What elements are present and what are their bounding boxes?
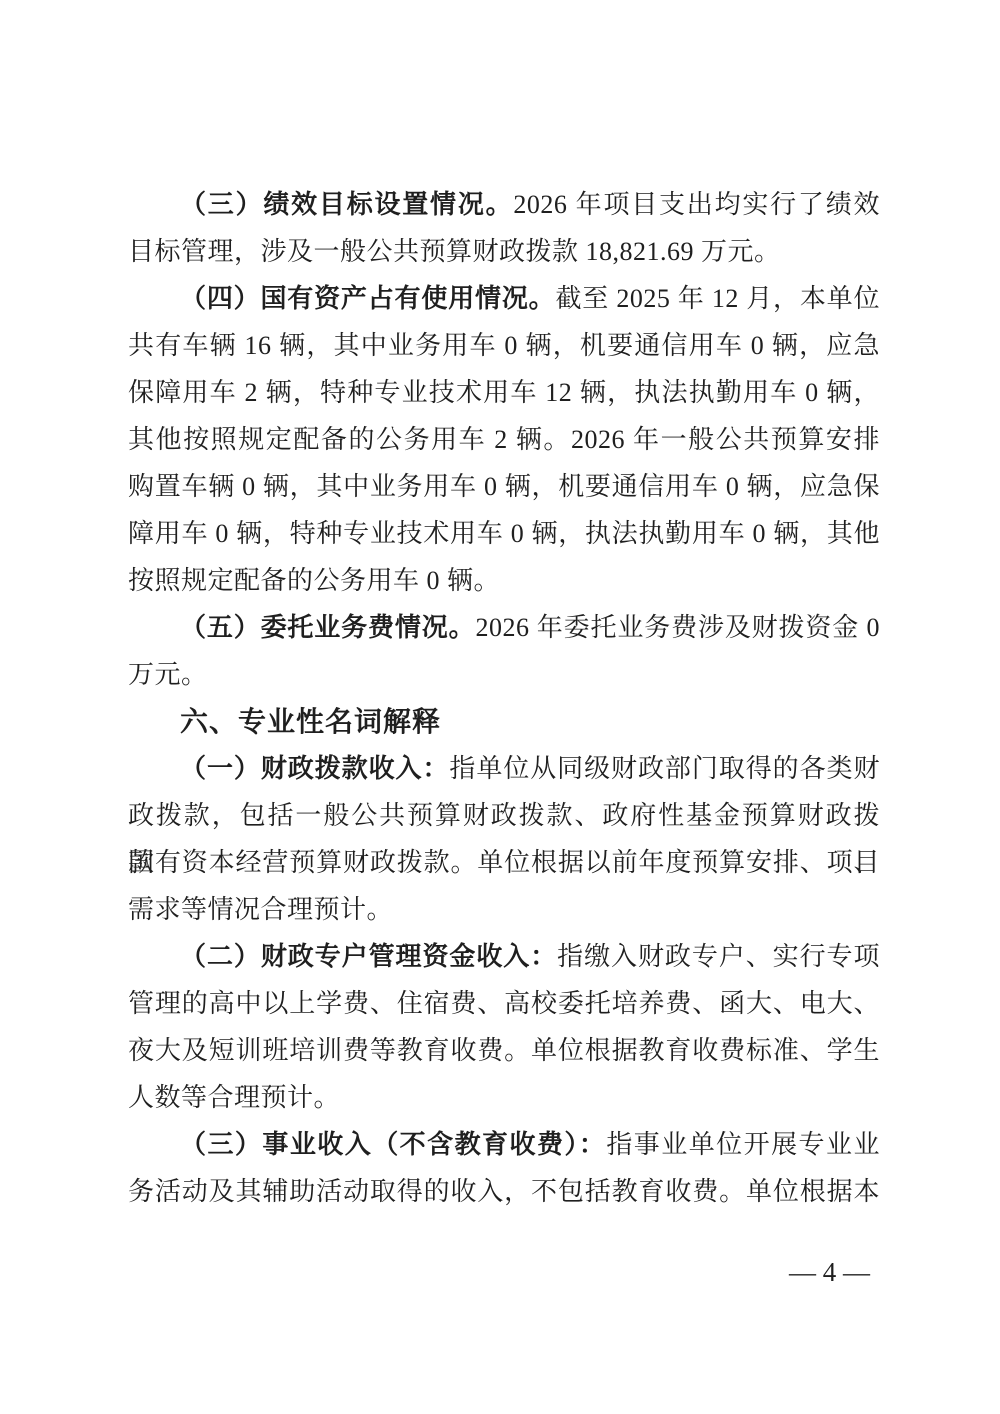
paragraph-lead: （三）事业收入（不含教育收费）： xyxy=(180,1130,606,1159)
line-text: 目标管理，涉及一般公共预算财政拨款 18,821.69 万元。 xyxy=(128,237,781,266)
line-text: 共有车辆 16 辆，其中业务用车 0 辆，机要通信用车 0 辆，应急 xyxy=(128,331,880,360)
text-line: 政拨款，包括一般公共预算财政拨款、政府性基金预算财政拨款、 xyxy=(128,792,880,839)
text-line: （三）绩效目标设置情况。2026 年项目支出均实行了绩效 xyxy=(128,181,880,228)
line-text: 指事业单位开展专业业 xyxy=(606,1130,880,1159)
text-line: 万元。 xyxy=(128,651,880,698)
paragraph-lead: （四）国有资产占有使用情况。 xyxy=(180,284,555,313)
line-text: 其他按照规定配备的公务用车 2 辆。2026 年一般公共预算安排 xyxy=(128,425,880,454)
paragraph-lead: （三）绩效目标设置情况。 xyxy=(180,190,513,219)
text-line: （三）事业收入（不含教育收费）：指事业单位开展专业业 xyxy=(128,1121,880,1168)
line-text: 管理的高中以上学费、住宿费、高校委托培养费、函大、电大、 xyxy=(128,989,880,1018)
text-line: 购置车辆 0 辆，其中业务用车 0 辆，机要通信用车 0 辆，应急保 xyxy=(128,463,880,510)
text-line: 夜大及短训班培训费等教育收费。单位根据教育收费标准、学生 xyxy=(128,1027,880,1074)
line-text: 2026 年项目支出均实行了绩效 xyxy=(513,190,880,219)
page-number: — 4 — xyxy=(789,1252,870,1292)
line-text: 指单位从同级财政部门取得的各类财 xyxy=(449,754,880,783)
text-line: （四）国有资产占有使用情况。截至 2025 年 12 月，本单位 xyxy=(128,275,880,322)
line-text: 国有资本经营预算财政拨款。单位根据以前年度预算安排、项目 xyxy=(128,848,880,877)
text-line: 需求等情况合理预计。 xyxy=(128,886,880,933)
line-text: 务活动及其辅助活动取得的收入，不包括教育收费。单位根据本 xyxy=(128,1177,880,1206)
text-line: 保障用车 2 辆，特种专业技术用车 12 辆，执法执勤用车 0 辆， xyxy=(128,369,880,416)
paragraph-lead: （五）委托业务费情况。 xyxy=(180,613,475,642)
line-text: 万元。 xyxy=(128,660,208,689)
text-line: 国有资本经营预算财政拨款。单位根据以前年度预算安排、项目 xyxy=(128,839,880,886)
line-text: 购置车辆 0 辆，其中业务用车 0 辆，机要通信用车 0 辆，应急保 xyxy=(128,472,880,501)
text-line: 管理的高中以上学费、住宿费、高校委托培养费、函大、电大、 xyxy=(128,980,880,1027)
line-text: 按照规定配备的公务用车 0 辆。 xyxy=(128,566,500,595)
line-text: 2026 年委托业务费涉及财拨资金 0 xyxy=(475,613,880,642)
text-line: 障用车 0 辆，特种专业技术用车 0 辆，执法执勤用车 0 辆，其他 xyxy=(128,510,880,557)
line-text: 需求等情况合理预计。 xyxy=(128,895,393,924)
document-body: （三）绩效目标设置情况。2026 年项目支出均实行了绩效 目标管理，涉及一般公共… xyxy=(128,181,880,1215)
line-text: 障用车 0 辆，特种专业技术用车 0 辆，执法执勤用车 0 辆，其他 xyxy=(128,519,880,548)
line-text: 人数等合理预计。 xyxy=(128,1083,340,1112)
line-text: 截至 2025 年 12 月，本单位 xyxy=(555,284,880,313)
document-page: （三）绩效目标设置情况。2026 年项目支出均实行了绩效 目标管理，涉及一般公共… xyxy=(0,0,1000,1414)
paragraph-lead: （二）财政专户管理资金收入： xyxy=(180,942,557,971)
text-line: 其他按照规定配备的公务用车 2 辆。2026 年一般公共预算安排 xyxy=(128,416,880,463)
line-text: 夜大及短训班培训费等教育收费。单位根据教育收费标准、学生 xyxy=(128,1036,880,1065)
text-line: 务活动及其辅助活动取得的收入，不包括教育收费。单位根据本 xyxy=(128,1168,880,1215)
line-text: 指缴入财政专户、实行专项 xyxy=(557,942,880,971)
text-line: 目标管理，涉及一般公共预算财政拨款 18,821.69 万元。 xyxy=(128,228,880,275)
text-line: 人数等合理预计。 xyxy=(128,1074,880,1121)
text-line: （一）财政拨款收入：指单位从同级财政部门取得的各类财 xyxy=(128,745,880,792)
paragraph-lead: （一）财政拨款收入： xyxy=(180,754,449,783)
text-line: 共有车辆 16 辆，其中业务用车 0 辆，机要通信用车 0 辆，应急 xyxy=(128,322,880,369)
text-line: （二）财政专户管理资金收入：指缴入财政专户、实行专项 xyxy=(128,933,880,980)
section-heading: 六、专业性名词解释 xyxy=(128,698,880,745)
section-heading-text: 六、专业性名词解释 xyxy=(180,706,441,737)
text-line: （五）委托业务费情况。2026 年委托业务费涉及财拨资金 0 xyxy=(128,604,880,651)
text-line: 按照规定配备的公务用车 0 辆。 xyxy=(128,557,880,604)
line-text: 保障用车 2 辆，特种专业技术用车 12 辆，执法执勤用车 0 辆， xyxy=(128,378,880,407)
